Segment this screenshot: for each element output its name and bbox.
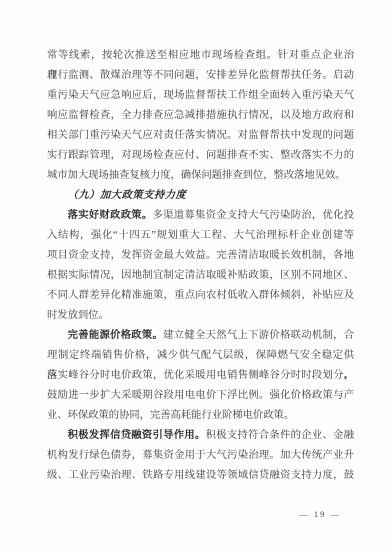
bold-lead-text: 积极发挥信贷融资引导作用。 bbox=[68, 430, 206, 441]
text-line: 项目资金支持，发挥资金最大效益。完善清洁取暖长效机制，各地 bbox=[47, 246, 354, 266]
body-text: 响应监督检查，全力排查应急减排措施执行情况，以及地方政府和 bbox=[47, 110, 354, 121]
text-line: 鼓励进一步扩大采暖期谷段用电电价下浮比例。强化价格政策与产 bbox=[47, 386, 354, 406]
body-text: 积极支持符合条件的企业、金融 bbox=[206, 430, 354, 441]
text-line: 城市加大现场抽查复核力度，确保问题排查到位，整改落地见效。 bbox=[47, 166, 354, 186]
text-line: 理制定终端销售价格，减少供气配气层级，保障燃气安全稳定供应。 bbox=[47, 346, 354, 366]
text-line: 根据实际情况，因地制宜制定清洁取暖补贴政策，区别不同地区、 bbox=[47, 266, 354, 286]
body-text: 入结构，强化“十四五”规划重大工程、大气治理标杆企业创建等 bbox=[47, 230, 354, 241]
body-text: 相关部门重污染天气应对责任落实情况。对监督帮扶中发现的问题 bbox=[47, 130, 354, 141]
body-text: 落实峰谷分时电价政策，优化采暖用电销售侧峰谷分时时段划分， bbox=[47, 370, 354, 381]
body-text: 实行跟踪管理，对现场检查应付、问题排查不实、整改落实不力的 bbox=[47, 150, 354, 161]
bold-lead-text: 落实好财政政策。 bbox=[68, 210, 153, 221]
text-line: 实行跟踪管理，对现场检查应付、问题排查不实、整改落实不力的 bbox=[47, 146, 354, 166]
text-line: 不同人群差异化精准施策，重点向农村低收入群体倾斜，补贴应及 bbox=[47, 286, 354, 306]
body-text: 根据实际情况，因地制宜制定清洁取暖补贴政策，区别不同地区、 bbox=[47, 270, 354, 281]
text-line: 自行监测、散煤治理等不同问题，安排差异化监督帮扶任务。启动 bbox=[47, 66, 354, 86]
text-line: 响应监督检查，全力排查应急减排措施执行情况，以及地方政府和 bbox=[47, 106, 354, 126]
bold-lead-text: 完善能源价格政策。 bbox=[68, 330, 164, 341]
body-text: 机构发行绿色债券，募集资金用于大气污染治理。加大传统产业升 bbox=[47, 450, 354, 461]
body-text: 不同人群差异化精准施策，重点向农村低收入群体倾斜，补贴应及 bbox=[47, 290, 354, 301]
body-text: 项目资金支持，发挥资金最大效益。完善清洁取暖长效机制，各地 bbox=[47, 250, 354, 261]
body-text: 业、环保政策的协同，完善高耗能行业阶梯电价政策。 bbox=[47, 410, 294, 421]
document-page: 常等线索，按轮次推送至相应地市现场检查组。针对重点企业治理、自行监测、散煤治理等… bbox=[0, 0, 390, 551]
page-number: — 19 — bbox=[299, 507, 341, 521]
text-line: 重污染天气应急响应后，现场监督帮扶工作组全面转入重污染天气 bbox=[47, 86, 354, 106]
text-line: 落实峰谷分时电价政策，优化采暖用电销售侧峰谷分时时段划分， bbox=[47, 366, 354, 386]
text-line: 入结构，强化“十四五”规划重大工程、大气治理标杆企业创建等 bbox=[47, 226, 354, 246]
section-heading: （九）加大政策支持力度 bbox=[47, 186, 354, 206]
body-text: 城市加大现场抽查复核力度，确保问题排查到位，整改落地见效。 bbox=[47, 170, 346, 181]
body-text: 自行监测、散煤治理等不同问题，安排差异化监督帮扶任务。启动 bbox=[47, 70, 354, 81]
body-text: 时发放到位。 bbox=[47, 310, 109, 321]
body-text: 建立健全天然气上下游价格联动机制，合 bbox=[163, 330, 354, 341]
document-body: 常等线索，按轮次推送至相应地市现场检查组。针对重点企业治理、自行监测、散煤治理等… bbox=[47, 46, 354, 486]
text-line: 积极发挥信贷融资引导作用。积极支持符合条件的企业、金融 bbox=[47, 426, 354, 446]
text-line: 业、环保政策的协同，完善高耗能行业阶梯电价政策。 bbox=[47, 406, 354, 426]
body-text: 重污染天气应急响应后，现场监督帮扶工作组全面转入重污染天气 bbox=[47, 90, 354, 101]
body-text: 级、工业污染治理、铁路专用线建设等领域信贷融资支持力度，鼓 bbox=[47, 470, 354, 481]
body-text: 多渠道募集资金支持大气污染防治，优化投 bbox=[153, 210, 354, 221]
text-line: 相关部门重污染天气应对责任落实情况。对监督帮扶中发现的问题 bbox=[47, 126, 354, 146]
text-line: 机构发行绿色债券，募集资金用于大气污染治理。加大传统产业升 bbox=[47, 446, 354, 466]
text-line: 完善能源价格政策。建立健全天然气上下游价格联动机制，合 bbox=[47, 326, 354, 346]
bold-lead-text: （九）加大政策支持力度 bbox=[68, 190, 187, 201]
text-line: 常等线索，按轮次推送至相应地市现场检查组。针对重点企业治理、 bbox=[47, 46, 354, 66]
text-line: 落实好财政政策。多渠道募集资金支持大气污染防治，优化投 bbox=[47, 206, 354, 226]
text-line: 级、工业污染治理、铁路专用线建设等领域信贷融资支持力度，鼓 bbox=[47, 466, 354, 486]
text-line: 时发放到位。 bbox=[47, 306, 354, 326]
body-text: 鼓励进一步扩大采暖期谷段用电电价下浮比例。强化价格政策与产 bbox=[47, 390, 354, 401]
